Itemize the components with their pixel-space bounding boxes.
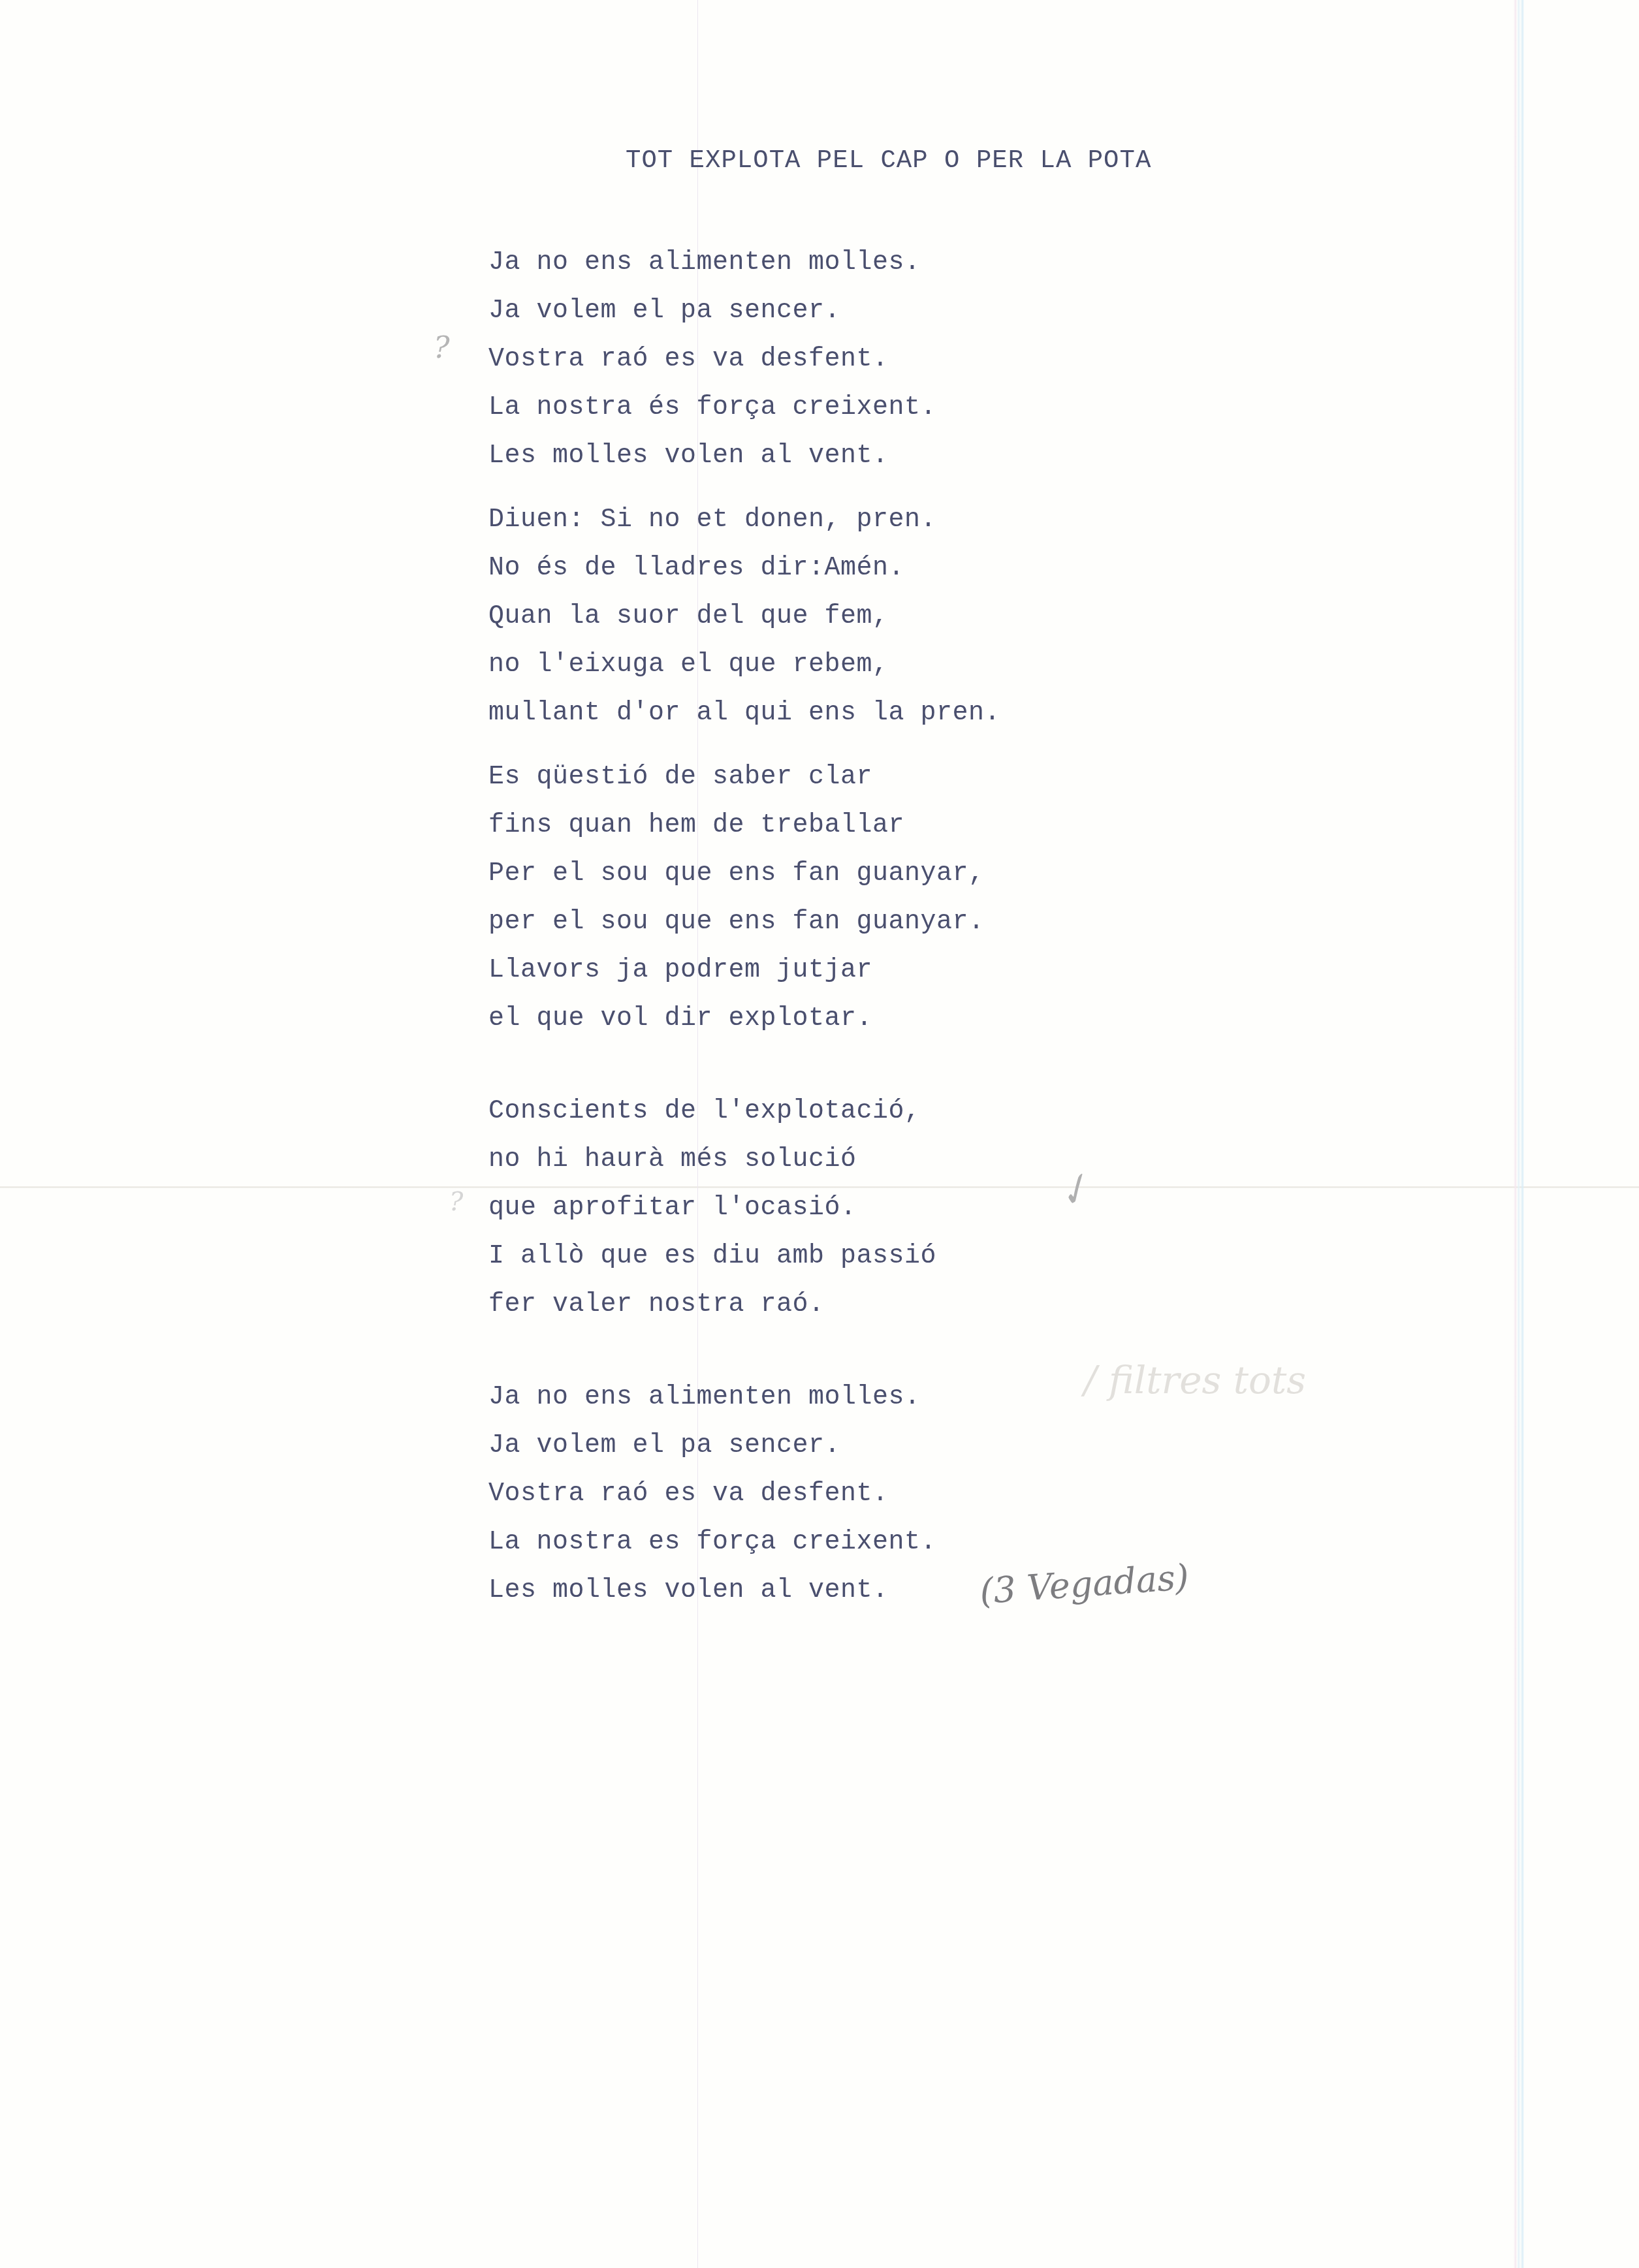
poem-body: Ja no ens alimenten molles. Ja volem el …	[488, 239, 1000, 1631]
poem-line: no l'eixuga el que rebem,	[488, 641, 1000, 689]
faint-pencil-note: / filtres tots	[1084, 1358, 1306, 1402]
stanza-3: Es qüestió de saber clar fins quan hem d…	[488, 753, 1000, 1043]
handwritten-repeat-note: (3 Vegadas)	[978, 1556, 1190, 1612]
poem-title: TOT EXPLOTA PEL CAP O PER LA POTA	[626, 146, 1151, 175]
stanza-5-refrain: Ja no ens alimenten molles. Ja volem el …	[488, 1374, 1000, 1615]
poem-line: Ja volem el pa sencer.	[488, 287, 1000, 336]
poem-line: que aprofitar l'ocasió.	[488, 1184, 1000, 1233]
poem-line: Ja no ens alimenten molles.	[488, 239, 1000, 287]
poem-line: La nostra és força creixent.	[488, 384, 1000, 432]
poem-line: Les molles volen al vent.	[488, 1567, 1000, 1615]
poem-line: I allò que es diu amb passió	[488, 1233, 1000, 1281]
poem-line: fer valer nostra raó.	[488, 1281, 1000, 1329]
scan-edge-lines	[1514, 0, 1527, 2268]
poem-line: per el sou que ens fan guanyar.	[488, 898, 1000, 947]
stanza-4: Conscients de l'explotació, no hi haurà …	[488, 1088, 1000, 1329]
pencil-question-mark-icon: ?	[434, 330, 450, 365]
poem-line: Ja no ens alimenten molles.	[488, 1374, 1000, 1422]
poem-line: Vostra raó es va desfent.	[488, 1470, 1000, 1519]
poem-line: No és de lladres dir:Amén.	[488, 544, 1000, 593]
poem-line: Quan la suor del que fem,	[488, 593, 1000, 641]
poem-line: Vostra raó es va desfent.	[488, 336, 1000, 384]
pencil-question-mark-icon: ?	[449, 1187, 463, 1217]
poem-line: Llavors ja podrem jutjar	[488, 947, 1000, 995]
pencil-tick-icon: ✓	[1049, 1163, 1100, 1220]
poem-line: Les molles volen al vent.	[488, 432, 1000, 480]
poem-line: Conscients de l'explotació,	[488, 1088, 1000, 1136]
stanza-1: Ja no ens alimenten molles. Ja volem el …	[488, 239, 1000, 480]
poem-line: el que vol dir explotar.	[488, 995, 1000, 1043]
stanza-2: Diuen: Si no et donen, pren. No és de ll…	[488, 496, 1000, 738]
poem-line: Ja volem el pa sencer.	[488, 1422, 1000, 1470]
poem-line: Es qüestió de saber clar	[488, 753, 1000, 802]
poem-line: no hi haurà més solució	[488, 1136, 1000, 1184]
poem-line: Diuen: Si no et donen, pren.	[488, 496, 1000, 544]
poem-line: Per el sou que ens fan guanyar,	[488, 850, 1000, 898]
poem-line: fins quan hem de treballar	[488, 802, 1000, 850]
poem-line: mullant d'or al qui ens la pren.	[488, 689, 1000, 738]
poem-line: La nostra es força creixent.	[488, 1519, 1000, 1567]
